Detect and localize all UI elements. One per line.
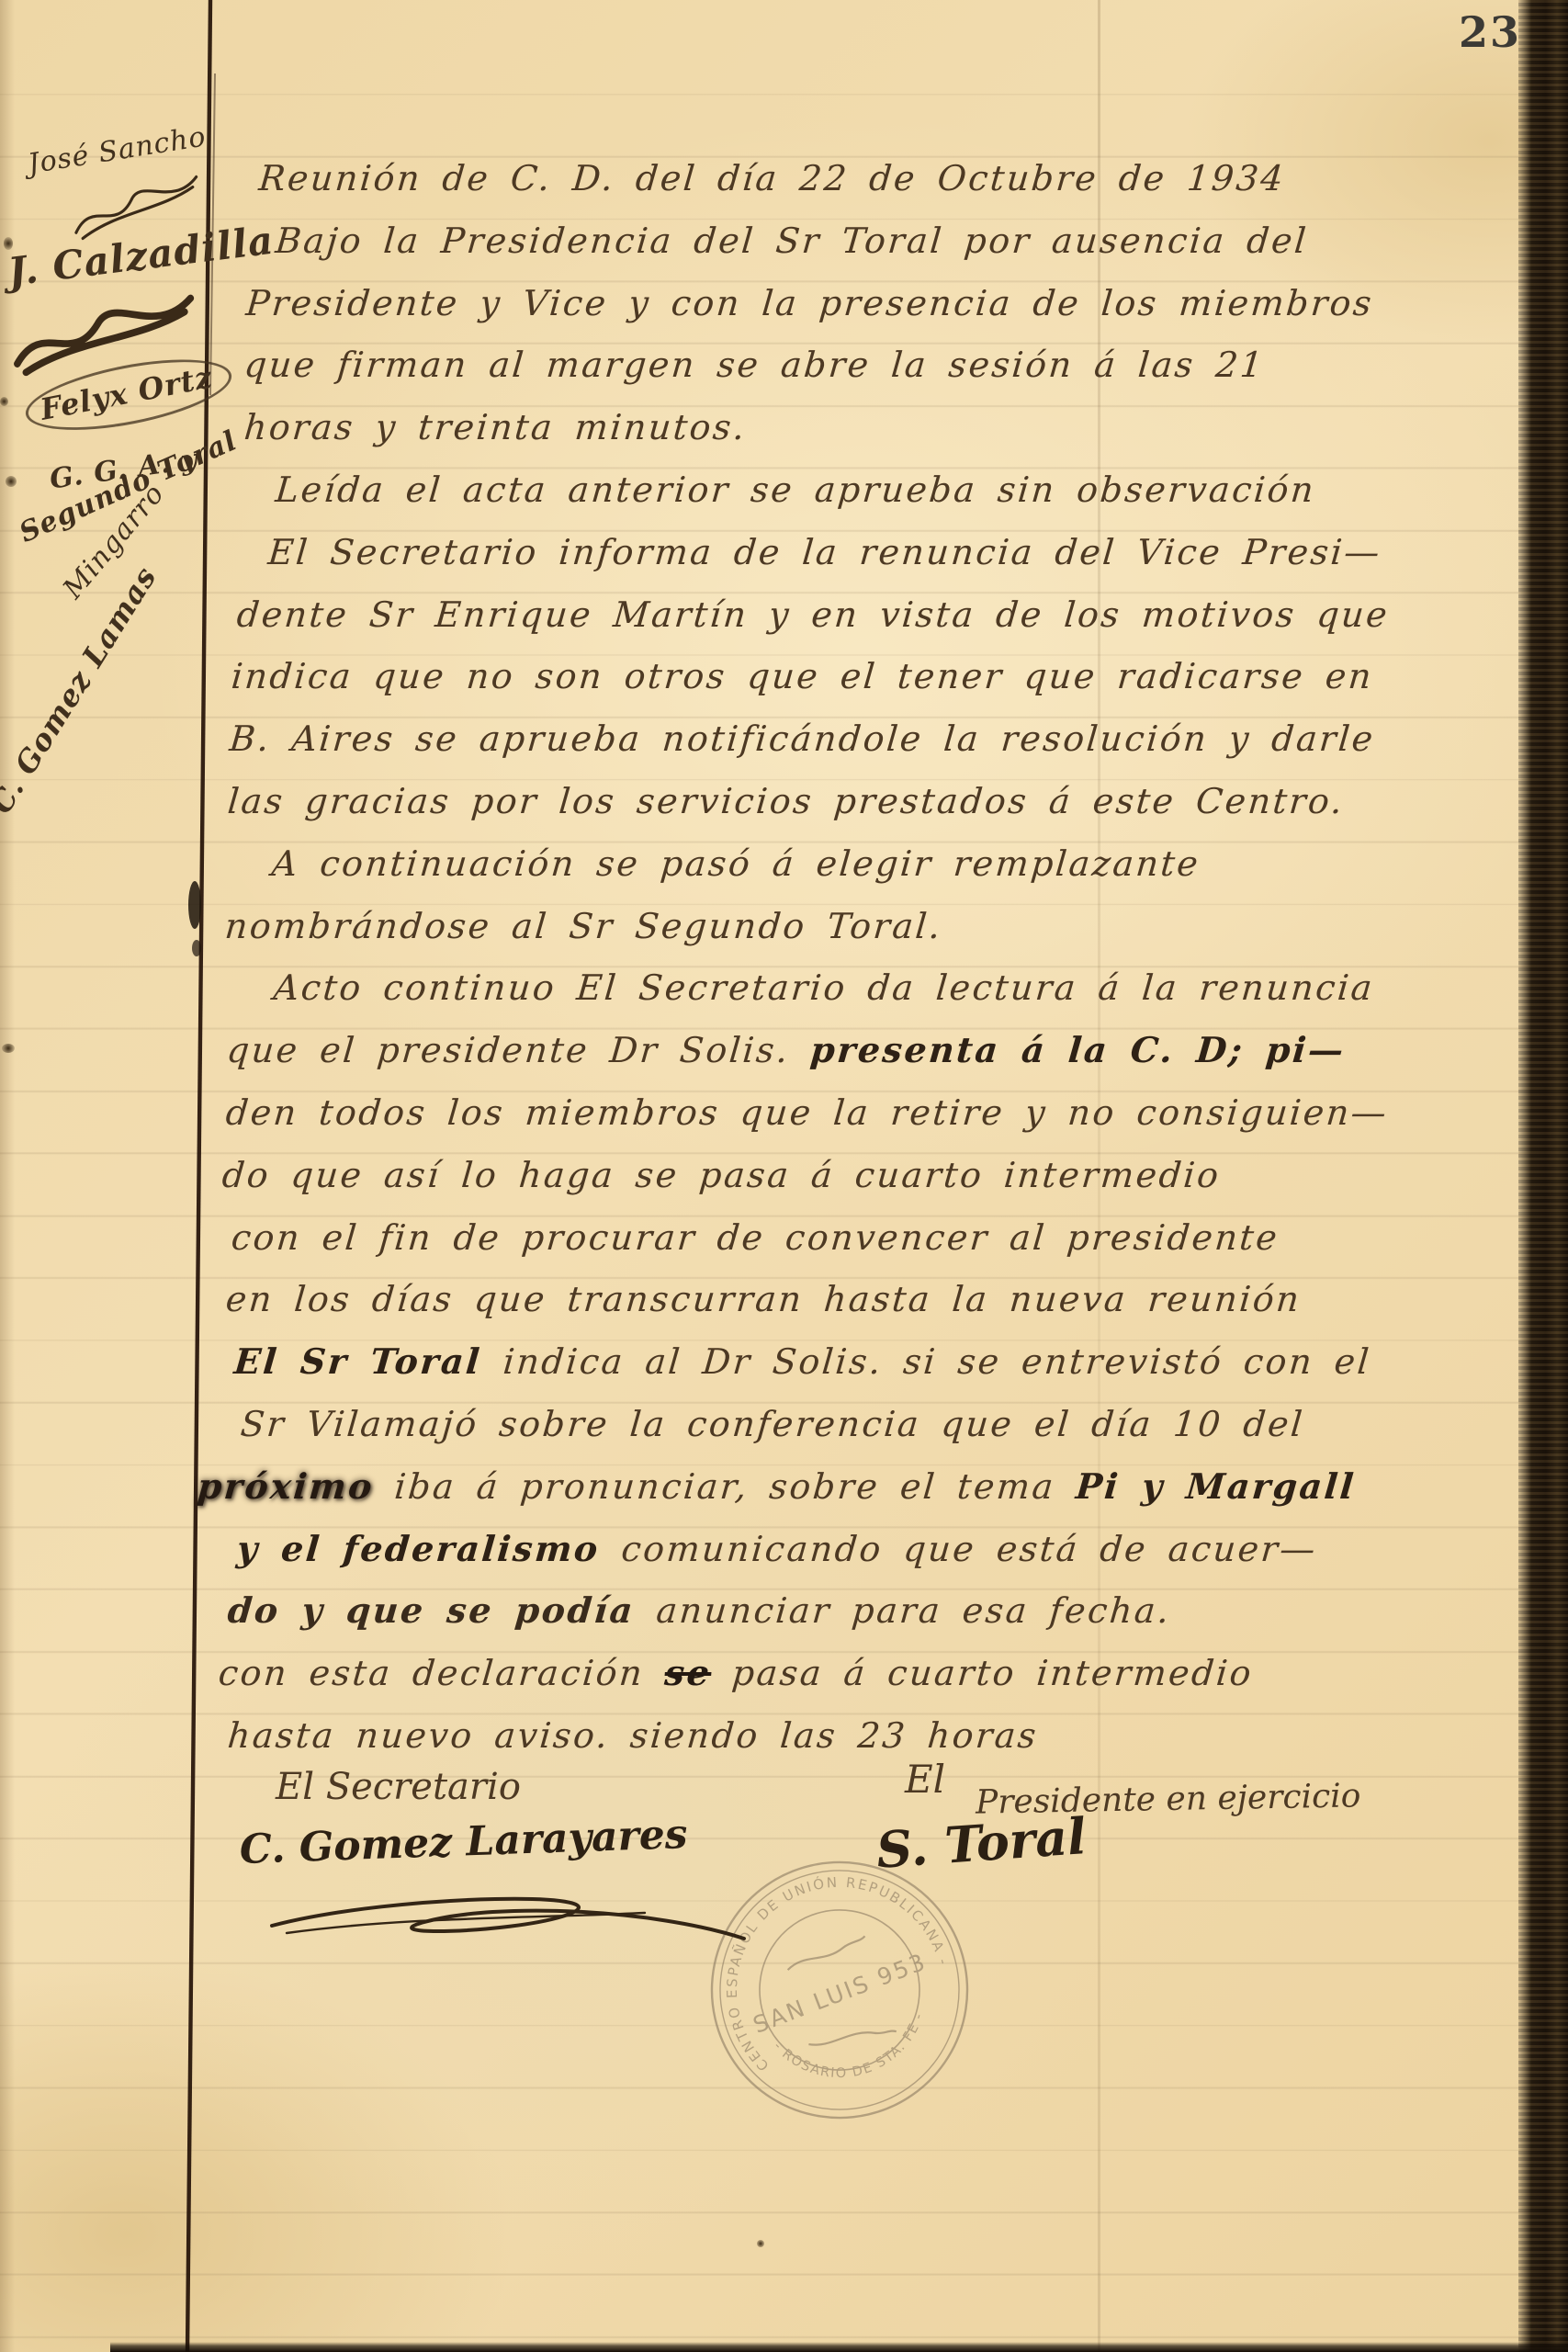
scan-bottom-edge [110,2342,1568,2352]
secretary-label: El Secretario [276,1766,521,1808]
signature-flourish [259,1885,755,1950]
margin-signature: J. Calzadilla [6,218,276,295]
margin-signatures: José Sancho J. Calzadilla Felyx OrtzG. G… [0,0,1568,2352]
scanned-minutes-page: 23 Reunión de C. D. del día 22 de Octubr… [0,0,1568,2352]
page-number: 23 [1459,7,1521,57]
president-article: El [905,1757,945,1802]
book-cover-edge [1518,0,1568,2352]
